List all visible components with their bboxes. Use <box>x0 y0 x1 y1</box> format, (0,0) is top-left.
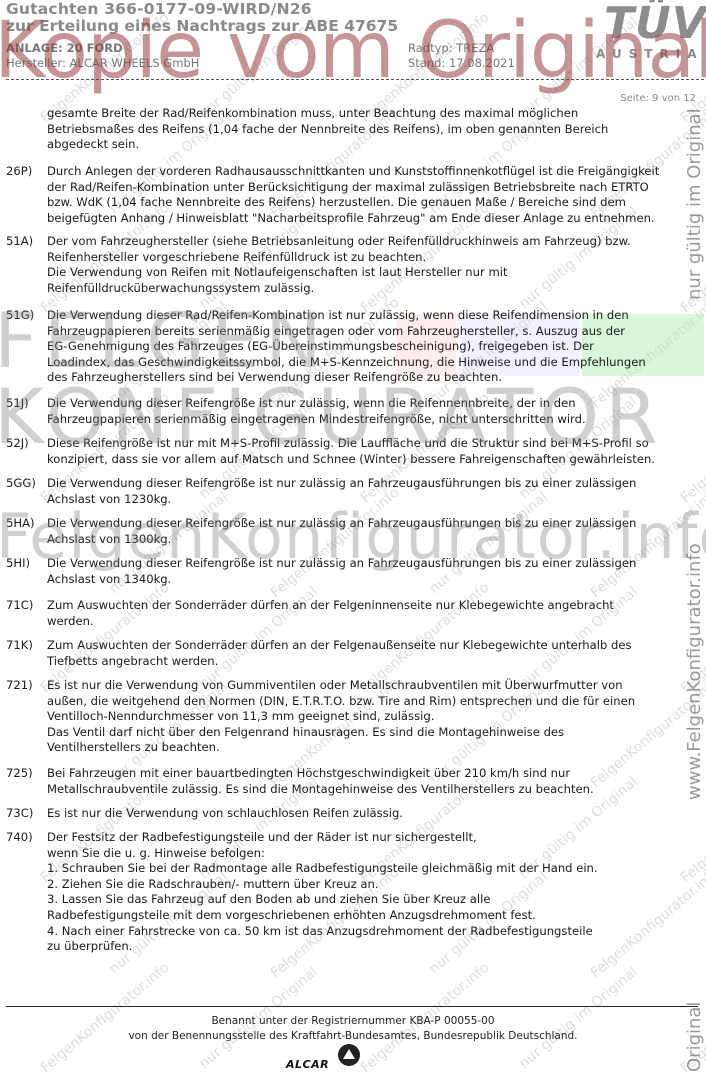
remark-item: 26P)Durch Anlegen der vorderen Radhausau… <box>6 164 692 226</box>
remark-text: Bei Fahrzeugen mit einer bauartbedingten… <box>47 766 692 797</box>
text-line: abgedeckt sein. <box>47 137 692 153</box>
text-line: beigefügten Anhang / Hinweisblatt "Nacha… <box>47 211 692 227</box>
remark-item: 5HI)Die Verwendung dieser Reifengröße is… <box>6 556 692 587</box>
text-line: Bei Fahrzeugen mit einer bauartbedingten… <box>47 766 692 782</box>
date-label: Stand: 17.08.2021 <box>408 56 515 70</box>
text-line: werden. <box>47 614 692 630</box>
remark-text: Zum Auswuchten der Sonderräder dürfen an… <box>47 598 692 629</box>
text-line: Achslast von 1230kg. <box>47 492 692 508</box>
text-line: Reifenhersteller vorgeschriebene Reifenf… <box>47 250 692 266</box>
text-line: Ventilherstellers zu beachten. <box>47 740 692 756</box>
text-line: Diese Reifengröße ist nur mit M+S-Profil… <box>47 436 692 452</box>
text-line: Es ist nur die Verwendung von schlauchlo… <box>47 806 692 822</box>
remark-text: Durch Anlegen der vorderen Radhausaussch… <box>47 164 692 226</box>
footer-registration: Benannt unter der Registriernummer KBA-P… <box>0 1015 706 1027</box>
footer-authority: von der Benennungsstelle des Kraftfahrt-… <box>0 1030 706 1042</box>
remark-code: 5HA) <box>6 516 46 532</box>
text-line: 2. Ziehen Sie die Radschrauben/- muttern… <box>47 877 692 893</box>
remark-item: 51G)Die Verwendung dieser Rad/Reifen-Kom… <box>6 308 692 386</box>
alcar-logo-icon <box>338 1044 360 1066</box>
remark-code: 26P) <box>6 164 46 180</box>
text-line: Die Verwendung dieser Rad/Reifen-Kombina… <box>47 308 692 324</box>
text-line: Loadindex, das Geschwindigkeitssymbol, d… <box>47 355 692 371</box>
remark-code: 51G) <box>6 308 46 324</box>
remark-text: Die Verwendung dieser Reifengröße ist nu… <box>47 556 692 587</box>
text-line: Reifenfülldrucküberwachungssystem zuläss… <box>47 281 692 297</box>
text-line: Metallschraubventile zulässig. Es sind d… <box>47 782 692 798</box>
remark-code: 5HI) <box>6 556 46 572</box>
watermark-vertical-site: www.FelgenKonfigurator.info <box>684 543 705 800</box>
text-line: Achslast von 1300kg. <box>47 532 692 548</box>
text-line: EG-Genehmigung des Fahrzeuges (EG-Überei… <box>47 339 692 355</box>
continuation-paragraph: gesamte Breite der Rad/Reifenkombination… <box>6 106 692 153</box>
remark-item: 51J)Die Verwendung dieser Reifengröße is… <box>6 396 692 427</box>
attachment-label: ANLAGE: 20 FORD <box>6 41 123 55</box>
text-line: Durch Anlegen der vorderen Radhausaussch… <box>47 164 692 180</box>
text-line: 4. Nach einer Fahrstrecke von ca. 50 km … <box>47 924 692 940</box>
text-line: zu überprüfen. <box>47 939 692 955</box>
remark-code: 51J) <box>6 396 46 412</box>
text-line: 3. Lassen Sie das Fahrzeug auf den Boden… <box>47 892 692 908</box>
remark-text: Die Verwendung dieser Reifengröße ist nu… <box>47 476 692 507</box>
text-line: der Rad/Reifen-Kombination unter Berücks… <box>47 180 692 196</box>
text-line: Der vom Fahrzeughersteller (siehe Betrie… <box>47 234 692 250</box>
footer-divider <box>6 1006 698 1007</box>
remark-code: 740) <box>6 830 46 846</box>
text-line: Die Verwendung von Reifen mit Notlaufeig… <box>47 265 692 281</box>
remark-item: 5GG)Die Verwendung dieser Reifengröße is… <box>6 476 692 507</box>
text-line: Betriebsmaßes des Reifens (1,04 fache de… <box>47 122 692 138</box>
text-line: Fahrzeugpapieren serienmäßig eingetragen… <box>47 412 692 428</box>
text-line: Ventilloch-Nenndurchmesser von 11,3 mm g… <box>47 709 692 725</box>
text-line: konzipiert, dass sie vor allem auf Matsc… <box>47 452 692 468</box>
text-line: Achslast von 1340kg. <box>47 572 692 588</box>
text-line: Der Festsitz der Radbefestigungsteile un… <box>47 830 692 846</box>
remark-code: 71K) <box>6 638 46 654</box>
text-line: Tiefbetts angebracht werden. <box>47 654 692 670</box>
remark-item: 740)Der Festsitz der Radbefestigungsteil… <box>6 830 692 955</box>
text-line: Zum Auswuchten der Sonderräder dürfen an… <box>47 598 692 614</box>
watermark-vertical-original-2: Original <box>684 1002 705 1072</box>
text-line: Die Verwendung dieser Reifengröße ist nu… <box>47 516 692 532</box>
text-line: Das Ventil darf nicht über den Felgenran… <box>47 725 692 741</box>
remark-code: 71C) <box>6 598 46 614</box>
remark-text: Der Festsitz der Radbefestigungsteile un… <box>47 830 692 955</box>
remark-text: Zum Auswuchten der Sonderräder dürfen an… <box>47 638 692 669</box>
remark-item: 725)Bei Fahrzeugen mit einer bauartbedin… <box>6 766 692 797</box>
report-title: Gutachten 366-0177-09-WIRD/N26 <box>6 0 312 18</box>
text-line: außen, die weitgehend den Normen (DIN, E… <box>47 694 692 710</box>
remark-code: 52J) <box>6 436 46 452</box>
wheel-type-label: Radtyp: TREZA <box>408 41 494 55</box>
remark-text: Die Verwendung dieser Rad/Reifen-Kombina… <box>47 308 692 386</box>
tuv-austria-logo: TÜV AUSTRIA <box>590 2 702 66</box>
watermark-vertical-original: nur gültig im Original <box>684 108 705 300</box>
document-page: FelgenKonfigurator.infonur gültig im Ori… <box>0 0 706 1074</box>
alcar-logo-text: ALCAR <box>286 1058 329 1071</box>
remark-text: Der vom Fahrzeughersteller (siehe Betrie… <box>47 234 692 296</box>
remark-text: Diese Reifengröße ist nur mit M+S-Profil… <box>47 436 692 467</box>
remark-item: 5HA)Die Verwendung dieser Reifengröße is… <box>6 516 692 547</box>
text-line: Die Verwendung dieser Reifengröße ist nu… <box>47 556 692 572</box>
tuv-logo-text: TÜV <box>604 0 706 49</box>
text-line: Die Verwendung dieser Reifengröße ist nu… <box>47 396 692 412</box>
report-subtitle: zur Erteilung eines Nachtrags zur ABE 47… <box>6 17 398 35</box>
remark-item: 721)Es ist nur die Verwendung von Gummiv… <box>6 678 692 756</box>
remark-code: 5GG) <box>6 476 46 492</box>
remark-text: Es ist nur die Verwendung von Gummiventi… <box>47 678 692 756</box>
tuv-logo-subtext: AUSTRIA <box>596 47 703 61</box>
remark-code: 721) <box>6 678 46 694</box>
text-line: wenn Sie die u. g. Hinweise befolgen: <box>47 846 692 862</box>
text-line: Fahrzeugpapieren bereits serienmäßig ein… <box>47 324 692 340</box>
text-line: Die Verwendung dieser Reifengröße ist nu… <box>47 476 692 492</box>
remark-item: 52J)Diese Reifengröße ist nur mit M+S-Pr… <box>6 436 692 467</box>
remark-text: Die Verwendung dieser Reifengröße ist nu… <box>47 516 692 547</box>
page-number: Seite: 9 von 12 <box>620 93 696 104</box>
text-line: Zum Auswuchten der Sonderräder dürfen an… <box>47 638 692 654</box>
text-line: bzw. WdK (1,04 fache Nennbreite des Reif… <box>47 195 692 211</box>
remark-code: 73C) <box>6 806 46 822</box>
remark-item: 71K)Zum Auswuchten der Sonderräder dürfe… <box>6 638 692 669</box>
remark-code: 51A) <box>6 234 46 250</box>
header-divider <box>6 79 704 80</box>
text-line: des Fahrzeugherstellers sind bei Verwend… <box>47 370 692 386</box>
remark-code: 725) <box>6 766 46 782</box>
remark-text: Es ist nur die Verwendung von schlauchlo… <box>47 806 692 822</box>
text-line: Es ist nur die Verwendung von Gummiventi… <box>47 678 692 694</box>
remark-item: 73C)Es ist nur die Verwendung von schlau… <box>6 806 692 822</box>
alcar-logo: ALCAR <box>286 1044 366 1074</box>
remark-item: 71C)Zum Auswuchten der Sonderräder dürfe… <box>6 598 692 629</box>
text-line: gesamte Breite der Rad/Reifenkombination… <box>47 106 692 122</box>
text-line: Radbefestigungsteile mit dem vorgeschrie… <box>47 908 692 924</box>
manufacturer-label: Hersteller: ALCAR WHEELS GmbH <box>6 56 199 70</box>
remark-text: Die Verwendung dieser Reifengröße ist nu… <box>47 396 692 427</box>
remark-item: 51A)Der vom Fahrzeughersteller (siehe Be… <box>6 234 692 296</box>
text-line: 1. Schrauben Sie bei der Radmontage alle… <box>47 861 692 877</box>
